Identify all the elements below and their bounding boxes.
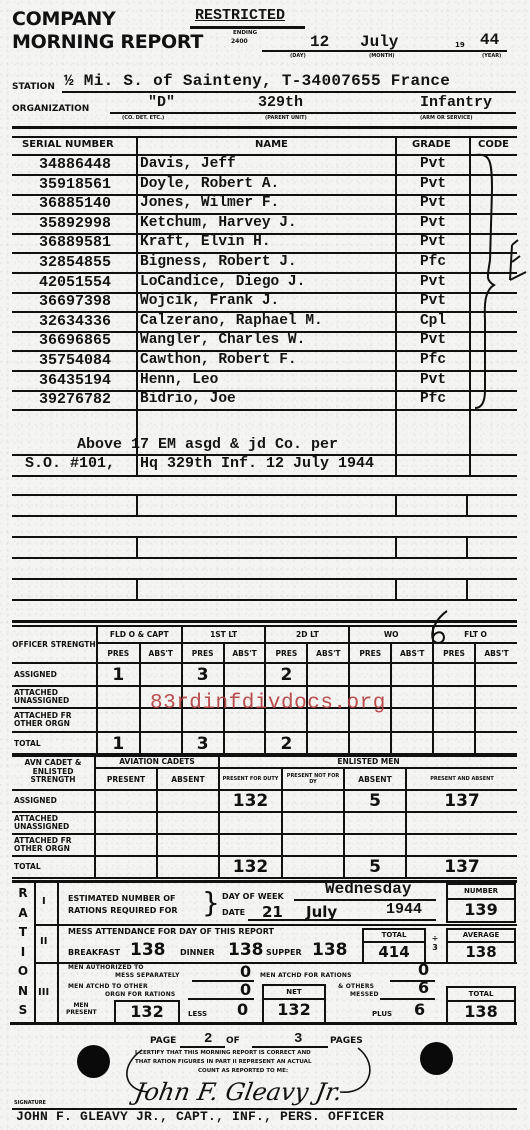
enlisted-cell[interactable]: 5 xyxy=(344,790,406,812)
grade: Pvt xyxy=(398,234,468,250)
company-value[interactable]: "D" xyxy=(148,94,175,111)
table-row[interactable]: 39276782Bidrio, JoePfc xyxy=(0,391,530,411)
enlisted-cell[interactable] xyxy=(157,790,219,812)
table-row[interactable]: 36697398Wojcik, Frank J.Pvt xyxy=(0,293,530,313)
mess-separately-label-1: MEN AUTHORIZED TO xyxy=(68,964,144,971)
row-label-total: TOTAL xyxy=(12,856,95,878)
row-rule xyxy=(12,409,517,411)
est-rations-label-2: RATIONS REQUIRED FOR xyxy=(68,906,178,915)
subcol-abst: ABS'T xyxy=(475,643,517,663)
est-rations-label-1: ESTIMATED NUMBER OF xyxy=(68,894,175,903)
rations-bottom-rule xyxy=(10,1022,517,1025)
table-row[interactable]: 36889581Kraft, Elvin H.Pvt xyxy=(0,234,530,254)
section-ii-numeral: II xyxy=(40,936,47,947)
soldier-name: Davis, Jeff xyxy=(140,156,236,172)
blank-rule xyxy=(12,515,517,517)
blank-rule xyxy=(12,557,517,559)
table-row[interactable]: 35754084Cawthon, Robert F.Pfc xyxy=(0,352,530,372)
soldier-name: Wangler, Charles W. xyxy=(140,332,305,348)
serial-number: 32854855 xyxy=(16,254,134,271)
officer-cell[interactable] xyxy=(140,663,182,686)
others-messed-underline xyxy=(380,998,435,1000)
serial-number: 42051554 xyxy=(16,274,134,291)
officer-cell[interactable]: 1 xyxy=(97,663,140,686)
rations-side-letter: T xyxy=(16,923,30,943)
arm-value[interactable]: Infantry xyxy=(420,94,492,111)
enlisted-col-header: ABSENT xyxy=(344,768,406,790)
enlisted-cell[interactable] xyxy=(95,856,157,878)
less-value[interactable]: 0 xyxy=(237,1000,248,1019)
enlisted-col-header: PRESENT xyxy=(95,768,157,790)
officer-cell[interactable] xyxy=(97,686,140,708)
station-value[interactable]: ½ Mi. S. of Sainteny, T-34007655 France xyxy=(64,72,450,90)
atchd-other-label-2: ORGN FOR RATIONS xyxy=(105,991,175,998)
soldier-name: Cawthon, Robert F. xyxy=(140,352,297,368)
blank-vrule xyxy=(395,494,397,515)
grade: Pvt xyxy=(398,372,468,388)
ending-time: 2400 xyxy=(231,38,248,45)
report-month[interactable]: July xyxy=(360,33,398,51)
report-day[interactable]: 12 xyxy=(310,33,329,51)
table-row[interactable]: 36696865Wangler, Charles W.Pvt xyxy=(0,332,530,352)
officer-cell[interactable] xyxy=(475,663,517,686)
grade: Pfc xyxy=(398,254,468,270)
watermark: 83rdinfdivdocs.org xyxy=(150,692,386,715)
subcol-abst: ABS'T xyxy=(224,643,266,663)
officer-cell[interactable] xyxy=(349,663,391,686)
year-caption: (YEAR) xyxy=(482,53,501,59)
grade: Pvt xyxy=(398,156,468,172)
remark-line-2b: Hq 329th Inf. 12 July 1944 xyxy=(140,455,374,472)
punch-hole-left xyxy=(77,1045,110,1078)
grade: Cpl xyxy=(398,313,468,329)
enlisted-col-header: ABSENT xyxy=(157,768,219,790)
average-label: AVERAGE xyxy=(448,930,514,943)
row-label-assigned: ASSIGNED xyxy=(12,663,97,686)
serial-number: 36435194 xyxy=(16,372,134,389)
code-bracket-mark xyxy=(470,150,530,420)
enlisted-cell[interactable] xyxy=(95,812,157,834)
signature-label: SIGNATURE xyxy=(14,1100,46,1106)
officer-cell[interactable]: 2 xyxy=(265,663,307,686)
form-title-company: COMPANY xyxy=(12,10,115,29)
grade: Pfc xyxy=(398,352,468,368)
blank-vrule xyxy=(466,536,468,557)
enlisted-col-header: PRESENT FOR DUTY xyxy=(219,768,282,790)
enlisted-col-header: PRESENT AND ABSENT xyxy=(406,768,517,790)
date-label: DATE xyxy=(222,908,245,917)
enlisted-cell[interactable] xyxy=(157,856,219,878)
others-messed-value[interactable]: 6 xyxy=(418,978,429,997)
rations-top-rule xyxy=(12,880,517,883)
men-present-value[interactable]: 132 xyxy=(116,1002,178,1022)
section-iii-numeral: III xyxy=(38,987,49,998)
station-label: STATION xyxy=(12,82,55,92)
remark-line-2a: S.O. #101, xyxy=(25,455,115,472)
blank-vrule xyxy=(466,494,468,515)
serial-number: 35754084 xyxy=(16,352,134,369)
remark-rule-2 xyxy=(12,475,517,477)
average-value[interactable]: 138 xyxy=(448,943,514,961)
divide-by-three: ÷ 3 xyxy=(430,934,440,952)
officer-strength-label: OFFICER STRENGTH xyxy=(12,626,97,663)
table-row[interactable]: 32854855Bigness, Robert J.Pfc xyxy=(0,254,530,274)
row-label-attached-unassigned: ATTACHED UNASSIGNED xyxy=(12,812,95,834)
subcol-pres: PRES xyxy=(182,643,224,663)
less-label: LESS xyxy=(188,1010,207,1018)
grade: Pvt xyxy=(398,293,468,309)
soldier-name: Jones, Wilmer F. xyxy=(140,195,279,211)
punch-hole-right xyxy=(420,1042,453,1075)
parent-caption: (PARENT UNIT) xyxy=(265,115,307,121)
group-wo: WO xyxy=(349,626,433,643)
organization-label: ORGANIZATION xyxy=(12,104,89,114)
atchd-for-rations-label: MEN ATCHD FOR RATIONS xyxy=(260,972,352,979)
officer-cell[interactable] xyxy=(391,708,433,732)
enlisted-cell[interactable]: 132 xyxy=(219,856,282,878)
signature[interactable]: John F. Gleavy Jr. xyxy=(133,1078,345,1106)
enlisted-cell[interactable] xyxy=(406,834,517,856)
month-caption: (MONTH) xyxy=(369,53,395,59)
row-label-attached-other: ATTACHED FR OTHER ORGN xyxy=(12,708,97,732)
serial-number: 36889581 xyxy=(16,234,134,251)
mess-separately-label-2: MESS SEPARATELY xyxy=(115,972,180,979)
blank-rule xyxy=(12,494,517,496)
rations-side-letter: A xyxy=(16,904,30,924)
ending-label: ENDING xyxy=(233,30,257,36)
rations-numeral-rule xyxy=(57,882,59,1022)
day-of-week-label: DAY OF WEEK xyxy=(222,892,284,901)
col-grade: GRADE xyxy=(412,139,451,150)
number-box: NUMBER 139 xyxy=(446,883,516,923)
officer-cell[interactable] xyxy=(97,708,140,732)
grade: Pvt xyxy=(398,274,468,290)
group-fld-o-capt: FLD O & CAPT xyxy=(97,626,182,643)
rations-side-label: RATIONS xyxy=(16,884,30,1021)
enlisted-cell[interactable] xyxy=(282,834,344,856)
ration-total-value[interactable]: 138 xyxy=(448,1002,514,1022)
enlisted-cell[interactable] xyxy=(219,812,282,834)
enlisted-cell[interactable] xyxy=(406,812,517,834)
men-present-label: MEN PRESENT xyxy=(66,1002,96,1016)
rations-side-letter: S xyxy=(16,1001,30,1021)
officer-cell[interactable] xyxy=(307,663,349,686)
subcol-pres: PRES xyxy=(97,643,140,663)
enlisted-cell[interactable] xyxy=(95,834,157,856)
group-aviation-cadets: AVIATION CADETS xyxy=(95,754,219,768)
table-row[interactable]: 36435194Henn, LeoPvt xyxy=(0,372,530,392)
blank-vrule xyxy=(466,578,468,599)
plus-label: PLUS xyxy=(372,1010,392,1018)
table-row[interactable]: 34886448Davis, JeffPvt xyxy=(0,156,530,176)
officer-cell[interactable] xyxy=(391,686,433,708)
arm-caption: (ARM OR SERVICE) xyxy=(420,115,473,121)
rations-rule-1 xyxy=(34,924,517,926)
day-caption: (DAY) xyxy=(290,53,306,59)
grade: Pvt xyxy=(398,176,468,192)
brace-icon: } xyxy=(202,888,220,918)
parent-unit-value[interactable]: 329th xyxy=(258,94,303,111)
net-box: NET 132 xyxy=(262,984,326,1022)
officer-cell[interactable] xyxy=(433,708,475,732)
blank-vrule xyxy=(136,494,138,515)
net-label: NET xyxy=(264,986,324,1000)
company-caption: (CO. DET. ETC.) xyxy=(122,115,164,121)
blank-vrule xyxy=(136,536,138,557)
enlisted-cell[interactable] xyxy=(157,812,219,834)
breakfast-label: BREAKFAST xyxy=(68,948,120,957)
enlisted-cell[interactable] xyxy=(344,812,406,834)
mess-total-label: TOTAL xyxy=(364,930,424,943)
soldier-name: Kraft, Elvin H. xyxy=(140,234,271,250)
dinner-label: DINNER xyxy=(180,948,215,957)
classification-stamp: RESTRICTED xyxy=(195,7,285,24)
ration-date-year[interactable]: 1944 xyxy=(386,901,422,918)
grade: Pvt xyxy=(398,332,468,348)
soldier-name: Ketchum, Harvey J. xyxy=(140,215,297,231)
breakfast-value[interactable]: 138 xyxy=(130,940,166,960)
officer-cell[interactable] xyxy=(475,686,517,708)
organization-underline xyxy=(110,112,516,114)
mess-separately-value[interactable]: 0 xyxy=(240,962,251,981)
enlisted-cell[interactable] xyxy=(282,790,344,812)
rations-side-letter: O xyxy=(16,962,30,982)
average-box: AVERAGE 138 xyxy=(446,928,516,964)
mess-attendance-label: MESS ATTENDANCE FOR DAY OF THIS REPORT xyxy=(68,927,274,936)
row-label-assigned: ASSIGNED xyxy=(12,790,95,812)
others-messed-label-2: MESSED xyxy=(350,991,379,998)
number-value[interactable]: 139 xyxy=(448,900,514,920)
number-label: NUMBER xyxy=(448,885,514,900)
classification-underline xyxy=(190,26,305,29)
others-messed-label-1: & OTHERS xyxy=(338,983,374,990)
remark-line-1: Above 17 EM asgd & jd Co. per xyxy=(77,436,338,453)
date-underline xyxy=(248,919,436,921)
form-title-morning-report: MORNING REPORT xyxy=(12,33,203,52)
table-row[interactable]: 36885140Jones, Wilmer F.Pvt xyxy=(0,195,530,215)
serial-number: 35918561 xyxy=(16,176,134,193)
ration-total-label: TOTAL xyxy=(448,988,514,1002)
group-2d-lt: 2D LT xyxy=(265,626,349,643)
officer-cell[interactable] xyxy=(475,708,517,732)
men-present-box: 132 xyxy=(114,1000,180,1022)
atchd-for-rations-value[interactable]: 0 xyxy=(418,960,429,979)
mess-total-value[interactable]: 414 xyxy=(364,943,424,961)
year-prefix: 19 xyxy=(455,41,465,49)
subcol-abst: ABS'T xyxy=(307,643,349,663)
grade: Pvt xyxy=(398,195,468,211)
group-enlisted-men: ENLISTED MEN xyxy=(219,754,517,768)
supper-value[interactable]: 138 xyxy=(312,940,348,960)
soldier-name: Bigness, Robert J. xyxy=(140,254,297,270)
serial-number: 36697398 xyxy=(16,293,134,310)
officer-cell[interactable] xyxy=(433,686,475,708)
atchd-other-label-1: MEN ATCHD TO OTHER xyxy=(68,983,148,990)
enlisted-cell[interactable] xyxy=(95,790,157,812)
enlisted-cell[interactable] xyxy=(157,834,219,856)
atchd-other-value[interactable]: 0 xyxy=(240,980,251,999)
enlisted-cell[interactable]: 132 xyxy=(219,790,282,812)
enlisted-strength-table: AVN CADET & ENLISTED STRENGTH AVIATION C… xyxy=(12,753,517,879)
header-divider xyxy=(12,126,517,129)
serial-number: 36885140 xyxy=(16,195,134,212)
row-label-attached-unassigned: ATTACHED UNASSIGNED xyxy=(12,686,97,708)
soldier-name: Bidrio, Joe xyxy=(140,391,236,407)
row-label-attached-other: ATTACHED FR OTHER ORGN xyxy=(12,834,95,856)
roster-header-top xyxy=(12,136,517,138)
serial-number: 36696865 xyxy=(16,332,134,349)
blank-rule xyxy=(12,599,517,601)
report-year[interactable]: 44 xyxy=(480,31,499,49)
soldier-name: Wojcik, Frank J. xyxy=(140,293,279,309)
serial-number: 34886448 xyxy=(16,156,134,173)
table-row[interactable]: 35892998Ketchum, Harvey J.Pvt xyxy=(0,215,530,235)
rations-side-rule xyxy=(34,882,36,1022)
soldier-name: Doyle, Robert A. xyxy=(140,176,279,192)
station-underline xyxy=(62,91,516,93)
serial-number: 39276782 xyxy=(16,391,134,408)
enlisted-cell[interactable] xyxy=(282,812,344,834)
table-row[interactable]: 35918561Doyle, Robert A.Pvt xyxy=(0,176,530,196)
enlisted-cell[interactable] xyxy=(219,834,282,856)
blank-rule xyxy=(12,578,517,580)
subcol-pres: PRES xyxy=(349,643,391,663)
serial-number: 32634336 xyxy=(16,313,134,330)
enlisted-col-header: PRESENT NOT FOR DY xyxy=(282,768,344,790)
signer-name: JOHN F. GLEAVY JR., CAPT., INF., PERS. O… xyxy=(16,1109,384,1124)
table-row[interactable]: 42051554LoCandice, Diego J.Pvt xyxy=(0,274,530,294)
col-code: CODE xyxy=(478,139,509,150)
officer-cell[interactable] xyxy=(391,663,433,686)
blank-rule xyxy=(12,536,517,538)
total-box: TOTAL 414 xyxy=(362,928,426,964)
supper-label: SUPPER xyxy=(266,948,302,957)
officer-cell[interactable]: 3 xyxy=(182,663,224,686)
day-of-week-value[interactable]: Wednesday xyxy=(325,880,411,898)
handwritten-mark xyxy=(425,608,455,648)
enlisted-cell[interactable] xyxy=(344,834,406,856)
subcol-abst: ABS'T xyxy=(140,643,182,663)
officer-cell[interactable] xyxy=(224,663,266,686)
section-i-numeral: I xyxy=(42,896,46,907)
soldier-name: LoCandice, Diego J. xyxy=(140,274,305,290)
blank-vrule xyxy=(136,578,138,599)
group-1st-lt: 1ST LT xyxy=(182,626,266,643)
enlisted-cell[interactable]: 137 xyxy=(406,856,517,878)
serial-number: 35892998 xyxy=(16,215,134,232)
net-value[interactable]: 132 xyxy=(264,1000,324,1020)
enlisted-cell[interactable] xyxy=(282,856,344,878)
enlisted-cell[interactable]: 137 xyxy=(406,790,517,812)
plus-value[interactable]: 6 xyxy=(414,1000,425,1019)
subcol-pres: PRES xyxy=(265,643,307,663)
date-underline xyxy=(262,50,507,52)
blank-vrule xyxy=(395,578,397,599)
soldier-name: Henn, Leo xyxy=(140,372,218,388)
ration-total-box: TOTAL 138 xyxy=(446,986,516,1022)
rations-side-letter: N xyxy=(16,982,30,1002)
enlisted-strength-label: AVN CADET & ENLISTED STRENGTH xyxy=(12,754,95,790)
table-row[interactable]: 32634336Calzerano, Raphael M.Cpl xyxy=(0,313,530,333)
rations-side-letter: I xyxy=(16,943,30,963)
soldier-name: Calzerano, Raphael M. xyxy=(140,313,323,329)
col-serial-number: SERIAL NUMBER xyxy=(22,139,114,150)
grade: Pvt xyxy=(398,215,468,231)
blank-vrule xyxy=(395,536,397,557)
col-name: NAME xyxy=(255,139,288,150)
grade: Pfc xyxy=(398,391,468,407)
dinner-value[interactable]: 138 xyxy=(228,940,264,960)
rations-side-letter: R xyxy=(16,884,30,904)
enlisted-cell[interactable]: 5 xyxy=(344,856,406,878)
officer-cell[interactable] xyxy=(433,663,475,686)
roster-header-bottom xyxy=(12,154,517,156)
